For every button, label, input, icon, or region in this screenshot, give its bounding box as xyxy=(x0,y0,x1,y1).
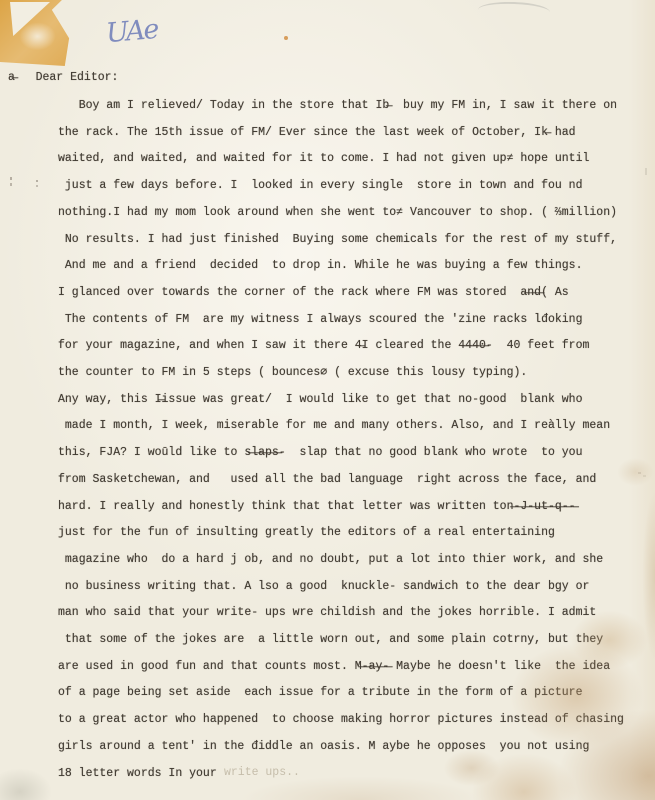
tape-remnant xyxy=(0,0,72,66)
handwritten-annotation: UAe xyxy=(105,14,159,49)
margin-speck xyxy=(645,168,647,175)
margin-speck xyxy=(36,180,38,182)
margin-speck xyxy=(638,472,641,474)
letter-page: UAe a̶ Dear Editor: Boy am I relieved/ T… xyxy=(0,0,655,800)
faded-typed-text: write ups.. xyxy=(224,760,300,787)
margin-speck xyxy=(10,177,12,180)
salutation: a̶ Dear Editor: xyxy=(8,71,118,84)
pencil-smudge xyxy=(478,1,551,22)
ink-speck xyxy=(284,36,288,40)
letter-body: Boy am I relieved/ Today in the store th… xyxy=(58,93,624,787)
tape-torn-notch xyxy=(10,2,50,36)
